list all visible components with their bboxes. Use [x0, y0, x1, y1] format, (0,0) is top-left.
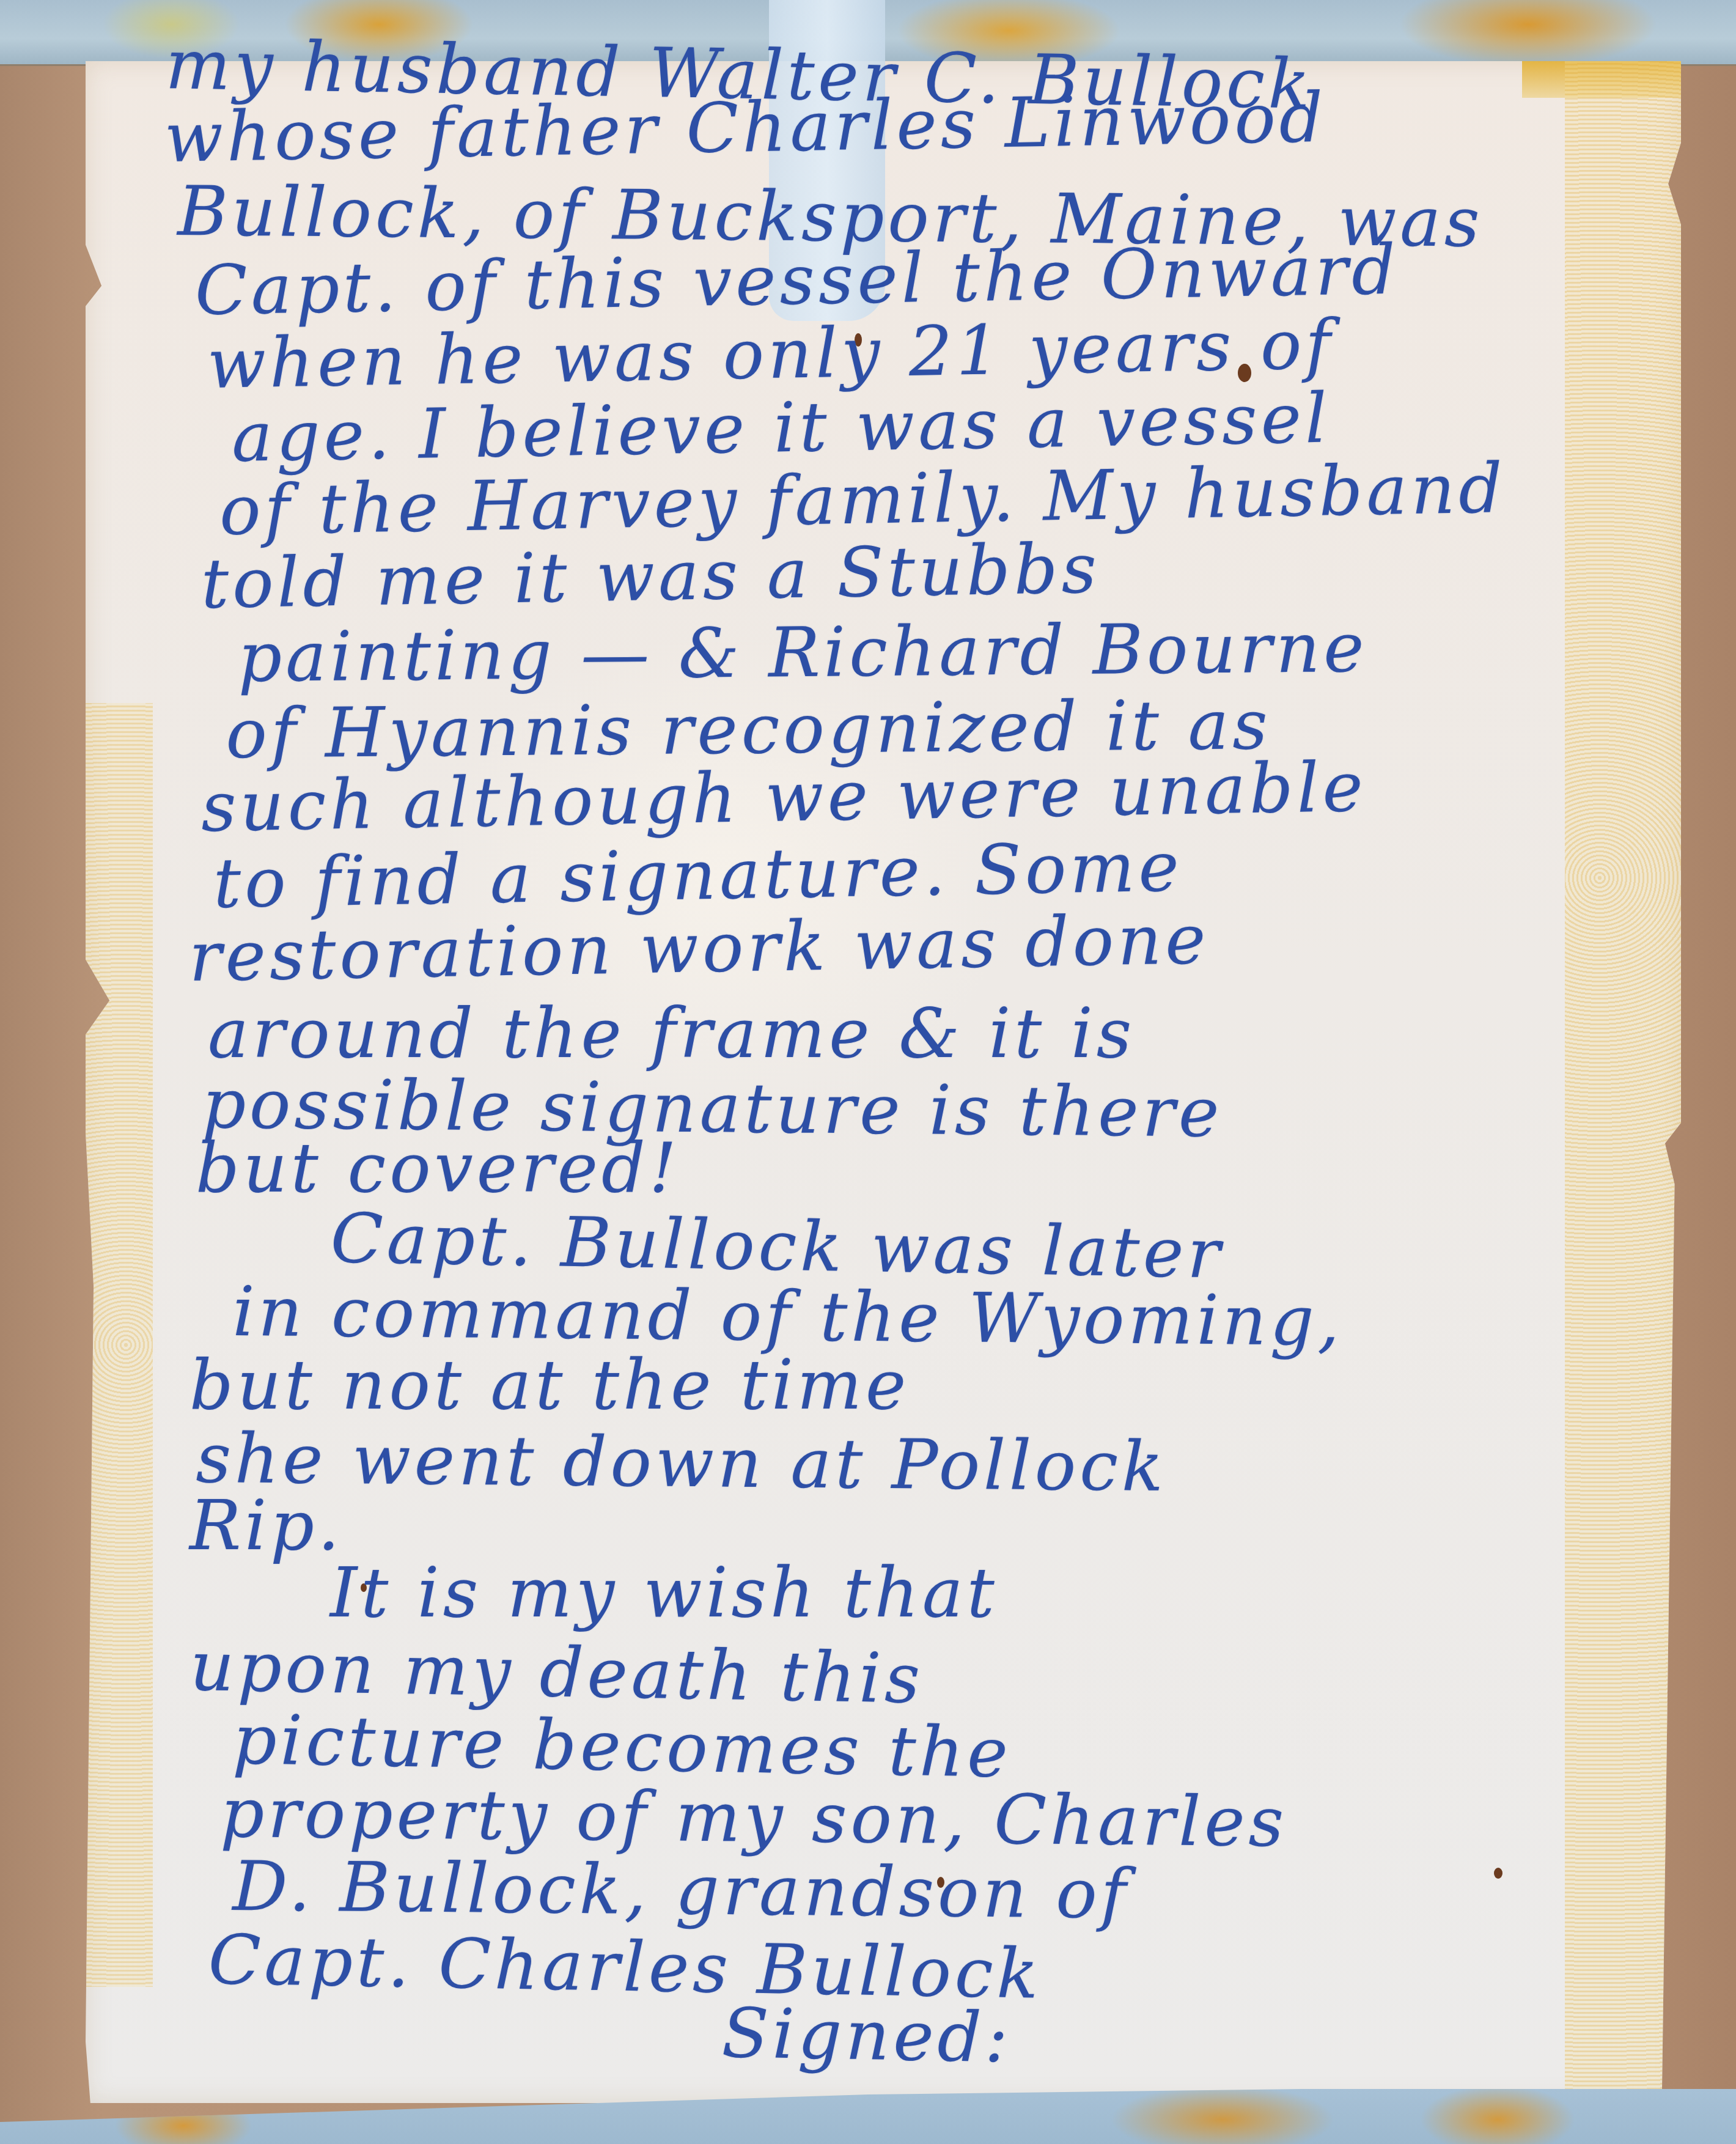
- handwritten-text: my husband Walter C. Bullock whose fathe…: [0, 0, 1736, 2144]
- text-line: but covered!: [196, 1134, 680, 1203]
- text-line: but not at the time: [189, 1351, 910, 1420]
- text-line: restoration work was done: [188, 905, 1210, 992]
- text-line: whose father Charles Linwood: [164, 84, 1327, 172]
- signed-label: Signed:: [721, 1999, 1012, 2072]
- text-line: property of my son, Charles: [220, 1779, 1288, 1857]
- text-line: Rip.: [189, 1492, 343, 1560]
- text-line: D. Bullock, grandson of: [232, 1852, 1130, 1929]
- text-line: Capt. Charles Bullock: [208, 1926, 1043, 2009]
- text-line: painting — & Richard Bourne: [238, 614, 1368, 692]
- text-line: around the frame & it is: [208, 1000, 1135, 1068]
- text-line: It is my wish that: [330, 1559, 998, 1627]
- text-line: such although we were unable: [200, 753, 1367, 842]
- framed-letter-photo: my husband Walter C. Bullock whose fathe…: [0, 0, 1736, 2144]
- text-line: told me it was a Stubbs: [200, 534, 1101, 619]
- text-line: in command of the Wyoming,: [232, 1278, 1344, 1356]
- text-line: of the Harvey family. My husband: [219, 454, 1507, 545]
